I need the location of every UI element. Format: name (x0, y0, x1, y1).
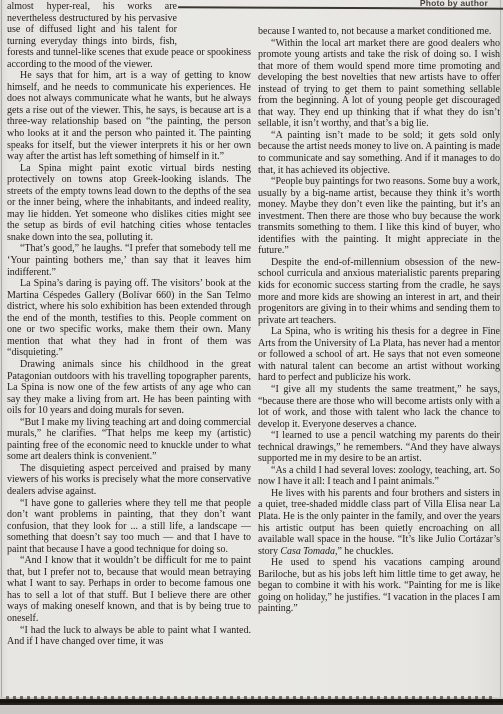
scan-left-edge (1, 0, 2, 714)
paragraph: almost hyper-real, his works are neverth… (7, 1, 251, 70)
paragraph: Despite the end-of-millennium obsession … (258, 257, 500, 326)
paragraph: He used to spend his vacations camping a… (258, 557, 500, 615)
paragraph: “Within the local art market there are g… (258, 38, 500, 130)
paragraph: “A painting isn’t made to be sold; it ge… (258, 130, 500, 176)
italic-text: Casa Tomada (280, 546, 335, 557)
paragraph: “I have gone to galleries where they tel… (7, 498, 251, 556)
text-segment: ,” he chuckles. (335, 546, 393, 557)
paragraph: La Spina, who is writing his thesis for … (258, 326, 500, 384)
paragraph: “That’s good,” he laughs. “I prefer that… (7, 243, 251, 278)
paragraph: “As a child I had several loves: zoology… (258, 465, 500, 488)
paragraph: “I had the luck to always be able to pai… (7, 625, 251, 648)
article-right-column: because I wanted to, not because a marke… (258, 26, 500, 702)
scan-bottom-edge-bar (0, 699, 503, 705)
paragraph: La Spina might paint exotic virtual bird… (7, 163, 251, 244)
paragraph: “People buy paintings for two reasons. S… (258, 176, 500, 257)
photo-credit-caption: Photo by author (420, 0, 488, 8)
paragraph: He lives with his parents and four broth… (258, 488, 500, 557)
article-left-column: almost hyper-real, his works are neverth… (7, 1, 251, 702)
paragraph: Drawing animals since his childhood in t… (7, 359, 251, 417)
paragraph: The disquieting aspect perceived and pra… (7, 463, 251, 498)
paragraph: “I learned to use a pencil watching my p… (258, 430, 500, 465)
paragraph: La Spina’s daring is paying off. The vis… (7, 278, 251, 359)
paragraph: “And I know that it wouldn’t be difficul… (7, 555, 251, 624)
paragraph: “But I make my living teaching art and d… (7, 417, 251, 463)
photo-wrap-spacer (177, 1, 251, 36)
scan-right-edge (500, 0, 501, 714)
paragraph: because I wanted to, not because a marke… (258, 26, 500, 38)
scanned-article-page: Photo by author almost hyper-real, his w… (0, 0, 503, 714)
paragraph: He says that for him, art is a way of ge… (7, 70, 251, 162)
paragraph: “I give all my students the same treatme… (258, 384, 500, 430)
